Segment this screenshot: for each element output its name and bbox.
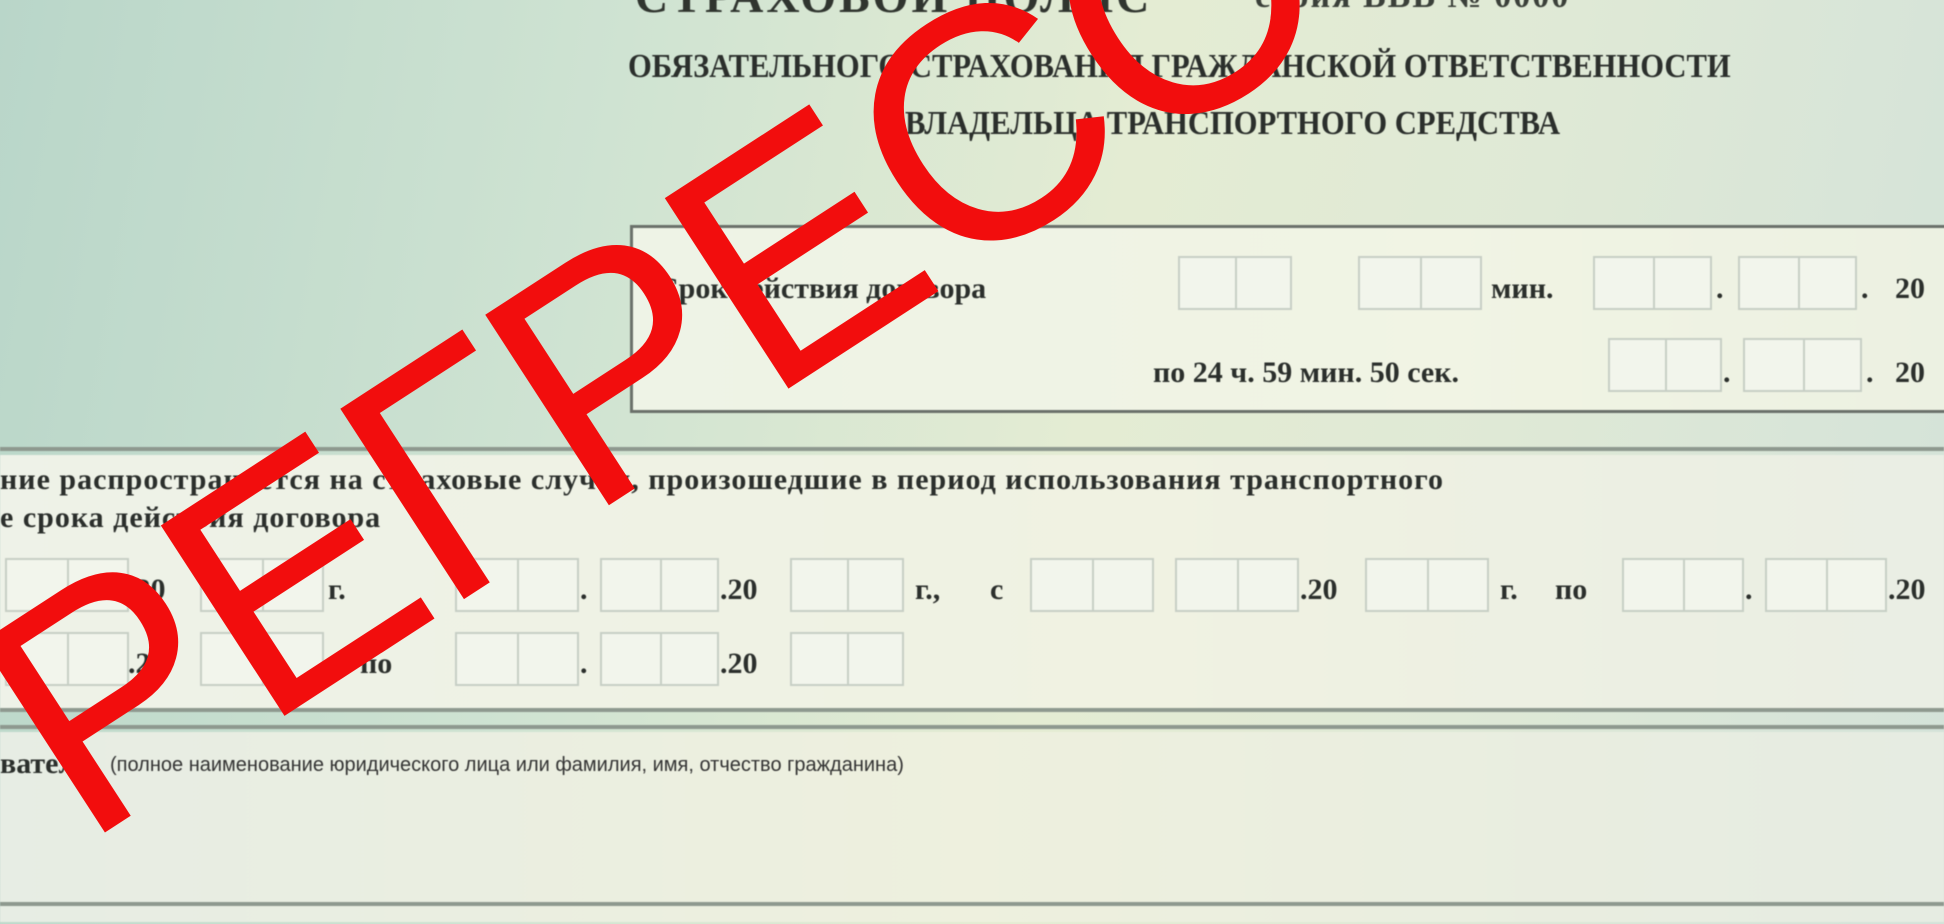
divider <box>0 902 1944 906</box>
min-label: мин. <box>1491 272 1554 306</box>
period2-day[interactable] <box>1030 558 1154 612</box>
dot: . <box>1866 356 1874 390</box>
period3-end-year[interactable] <box>790 632 904 686</box>
hour-field[interactable] <box>1178 256 1292 310</box>
dot: . <box>580 647 588 681</box>
period2-end-day[interactable] <box>1622 558 1744 612</box>
term-to-label: по 24 ч. 59 мин. 50 сек. <box>1153 356 1459 390</box>
period2-end-month[interactable] <box>1765 558 1887 612</box>
g-label: г. <box>1500 573 1518 607</box>
end-month-field[interactable] <box>1743 338 1862 392</box>
dot: . <box>1723 356 1731 390</box>
period2-year[interactable] <box>1365 558 1489 612</box>
period3-end-month[interactable] <box>600 632 719 686</box>
period2-month[interactable] <box>1175 558 1299 612</box>
year-prefix: 20 <box>1895 272 1925 306</box>
dot: . <box>1745 573 1753 607</box>
minute-field[interactable] <box>1358 256 1482 310</box>
to-label: по <box>1555 573 1587 607</box>
day-field[interactable] <box>1593 256 1712 310</box>
period1-end-year[interactable] <box>790 558 904 612</box>
year-prefix: .20 <box>720 647 758 681</box>
dot: . <box>1861 272 1869 306</box>
year-prefix: .20 <box>1888 573 1926 607</box>
end-year-prefix: 20 <box>1895 356 1925 390</box>
from-label: с <box>990 573 1003 607</box>
year-prefix: .20 <box>720 573 758 607</box>
month-field[interactable] <box>1738 256 1857 310</box>
end-day-field[interactable] <box>1608 338 1722 392</box>
year-prefix: .20 <box>1300 573 1338 607</box>
dot: . <box>1716 272 1724 306</box>
g-label: г., <box>915 573 940 607</box>
